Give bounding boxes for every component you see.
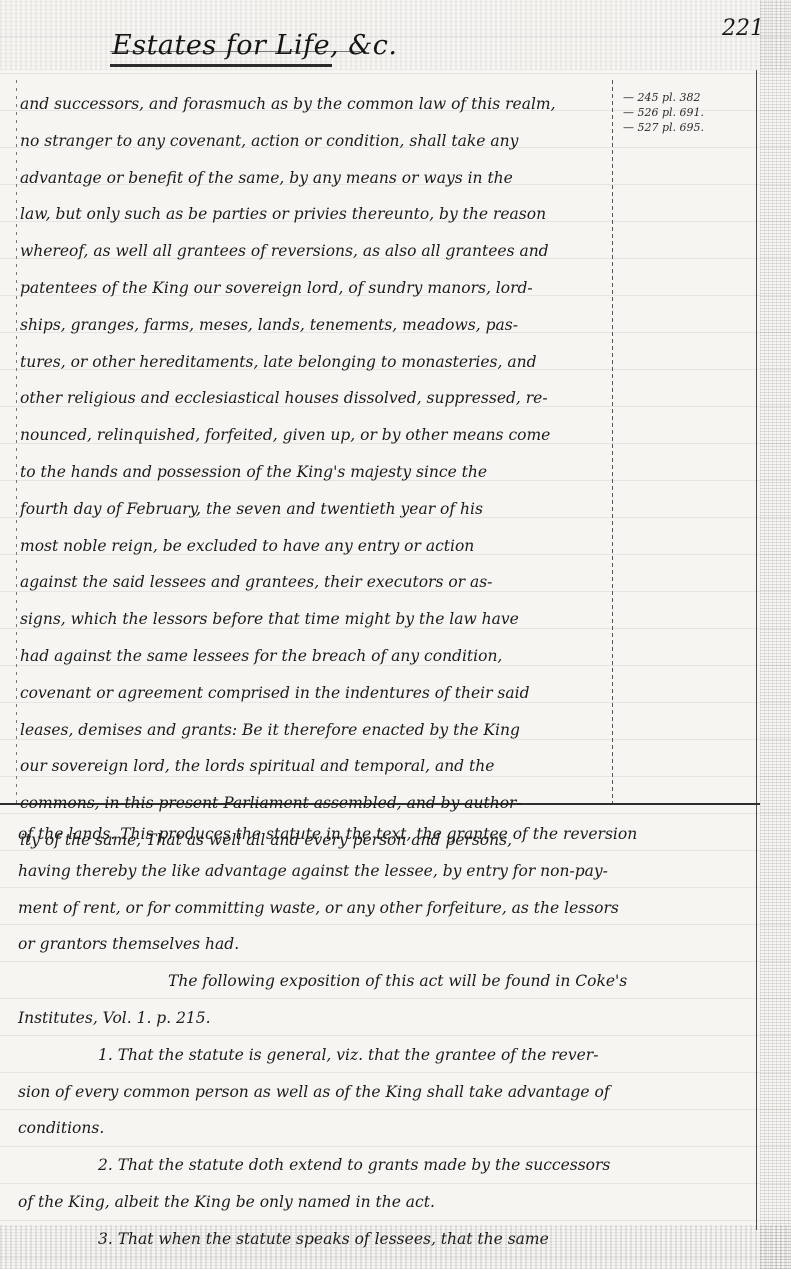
left-margin-rule bbox=[16, 80, 17, 805]
margin-references: — 245 pl. 382— 526 pl. 691.— 527 pl. 695… bbox=[623, 90, 704, 135]
margin-reference: — 527 pl. 695. bbox=[623, 120, 704, 135]
document-page: Estates for Life, &c. 221 — 245 pl. 382—… bbox=[0, 0, 791, 1269]
text-line: ships, granges, farms, meses, lands, ten… bbox=[20, 307, 556, 344]
text-line: sion of every common person as well as o… bbox=[18, 1074, 637, 1111]
margin-reference: — 245 pl. 382 bbox=[623, 90, 704, 105]
text-line: patentees of the King our sovereign lord… bbox=[20, 270, 556, 307]
text-line: or grantors themselves had. bbox=[18, 926, 637, 963]
text-line: of the lands. This produces the statute … bbox=[18, 816, 637, 853]
text-line: having thereby the like advantage agains… bbox=[18, 853, 637, 890]
text-line: of the King, albeit the King be only nam… bbox=[18, 1184, 637, 1221]
text-line: advantage or benefit of the same, by any… bbox=[20, 160, 556, 197]
text-line: conditions. bbox=[18, 1110, 637, 1147]
commentary-text: of the lands. This produces the statute … bbox=[18, 816, 637, 1258]
text-line: to the hands and possession of the King'… bbox=[20, 454, 556, 491]
text-line: ment of rent, or for committing waste, o… bbox=[18, 890, 637, 927]
text-line: 2. That the statute doth extend to grant… bbox=[18, 1147, 637, 1184]
statute-text: and successors, and forasmuch as by the … bbox=[20, 86, 556, 859]
page-number: 221 bbox=[722, 16, 764, 41]
text-line: Institutes, Vol. 1. p. 215. bbox=[18, 1000, 637, 1037]
text-line: our sovereign lord, the lords spiritual … bbox=[20, 748, 556, 785]
margin-reference: — 526 pl. 691. bbox=[623, 105, 704, 120]
text-line: 1. That the statute is general, viz. tha… bbox=[18, 1037, 637, 1074]
text-line: nounced, relinquished, forfeited, given … bbox=[20, 417, 556, 454]
text-line: fourth day of February, the seven and tw… bbox=[20, 491, 556, 528]
text-line: The following exposition of this act wil… bbox=[18, 963, 637, 1000]
text-line: no stranger to any covenant, action or c… bbox=[20, 123, 556, 160]
text-line: leases, demises and grants: Be it theref… bbox=[20, 712, 556, 749]
text-line: whereof, as well all grantees of reversi… bbox=[20, 233, 556, 270]
title-underline bbox=[110, 64, 332, 67]
text-line: had against the same lessees for the bre… bbox=[20, 638, 556, 675]
text-line: signs, which the lessors before that tim… bbox=[20, 601, 556, 638]
text-line: law, but only such as be parties or priv… bbox=[20, 196, 556, 233]
text-line: most noble reign, be excluded to have an… bbox=[20, 528, 556, 565]
text-line: 3. That when the statute speaks of lesse… bbox=[18, 1221, 637, 1258]
text-line: other religious and ecclesiastical house… bbox=[20, 380, 556, 417]
right-margin-rule bbox=[756, 70, 757, 1230]
scan-noise-right-edge bbox=[760, 0, 791, 1269]
margin-column-rule bbox=[612, 80, 613, 805]
text-line: tures, or other hereditaments, late belo… bbox=[20, 344, 556, 381]
text-line: against the said lessees and grantees, t… bbox=[20, 564, 556, 601]
text-line: and successors, and forasmuch as by the … bbox=[20, 86, 556, 123]
page-title: Estates for Life, &c. bbox=[112, 30, 397, 61]
text-line: covenant or agreement comprised in the i… bbox=[20, 675, 556, 712]
